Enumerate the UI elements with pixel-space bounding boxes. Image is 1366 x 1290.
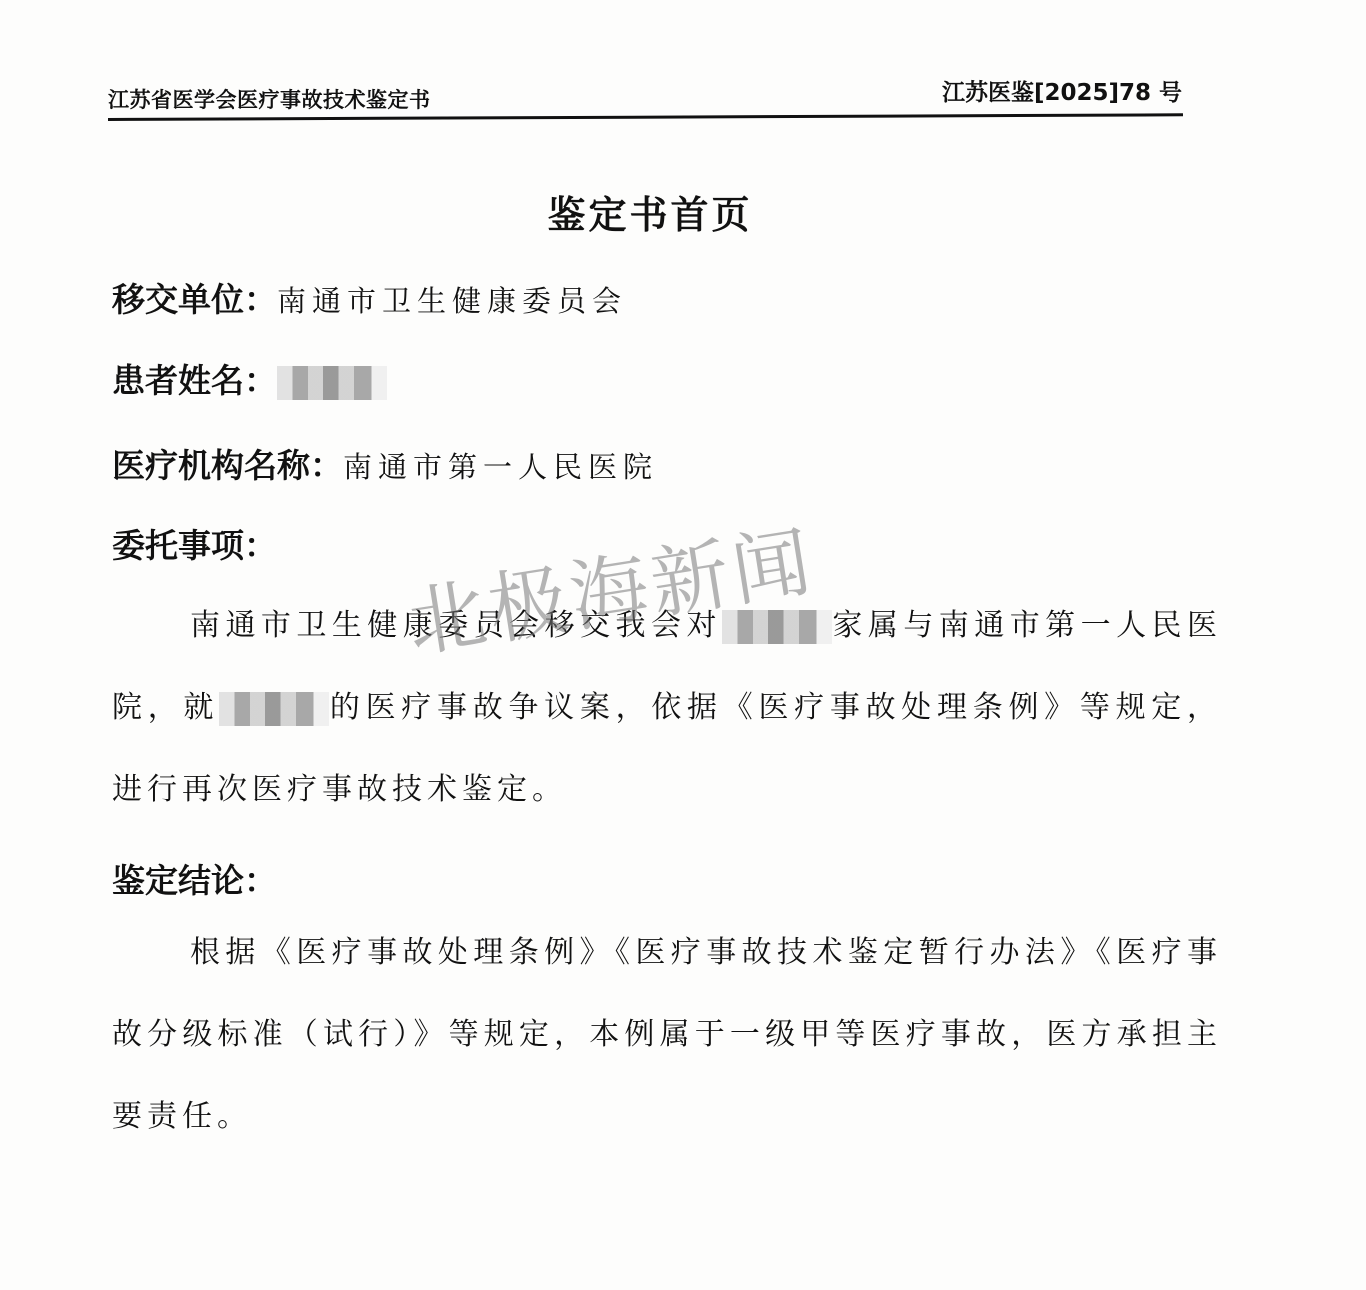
conclusion-heading: 鉴定结论：	[112, 855, 277, 902]
header-rule	[108, 113, 1183, 121]
transfer-unit: 移交单位：南通市卫生健康委员会	[112, 274, 627, 321]
transfer-unit-label: 移交单位：	[112, 280, 277, 319]
patient-name-label: 患者姓名：	[112, 361, 277, 400]
page-title: 鉴定书首页	[0, 184, 1300, 239]
conclusion-paragraph: 根据《医疗事故处理条例》《医疗事故技术鉴定暂行办法》《医疗事故分级标准（试行）》…	[112, 912, 1222, 1158]
redacted-name	[722, 610, 832, 644]
transfer-unit-value: 南通市卫生健康委员会	[277, 284, 627, 318]
patient-name: 患者姓名：	[112, 355, 387, 402]
institution-value: 南通市第一人民医院	[343, 450, 658, 484]
doc-number: 江苏医鉴[2025]78 号	[942, 74, 1182, 107]
commission-heading: 委托事项：	[112, 520, 277, 567]
redacted-name	[277, 366, 387, 400]
redacted-name	[219, 692, 329, 726]
org-title: 江苏省医学会医疗事故技术鉴定书	[108, 84, 431, 114]
institution: 医疗机构名称：南通市第一人民医院	[112, 440, 658, 487]
commission-paragraph: 南通市卫生健康委员会移交我会对家属与南通市第一人民医院，就的医疗事故争议案，依据…	[112, 585, 1222, 831]
institution-label: 医疗机构名称：	[112, 446, 343, 485]
